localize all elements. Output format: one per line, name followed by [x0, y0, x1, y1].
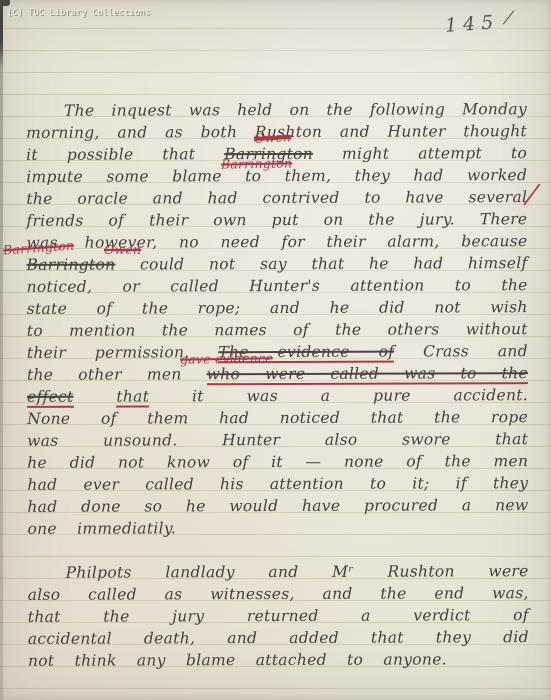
manuscript-line: had ever called his attention to it; if … — [27, 472, 528, 496]
red-correction-owen: Owen — [254, 129, 292, 146]
manuscript-line: had done so he would have procured a new — [27, 494, 528, 518]
text-segment: it was a pure accident. — [192, 386, 528, 405]
text-segment: could not say that he had himself — [140, 254, 528, 273]
text-segment: one immediatily. — [27, 519, 176, 538]
manuscript-line: to mention the names of the others witho… — [27, 318, 528, 342]
manuscript-line: Barrington could not say that he had him… — [27, 252, 528, 276]
paragraph: Philpots landlady and Mʳ Rushton wereals… — [28, 560, 529, 672]
text-segment: that the jury returned a verdict of — [28, 606, 529, 626]
page-number: 145 — [444, 11, 500, 37]
text-segment: also called as witnesses, and the end wa… — [28, 584, 529, 604]
text-segment: state of the rope; and he did not wish — [27, 298, 528, 318]
manuscript-line: effect that it was a pure accident. — [27, 384, 528, 408]
manuscript-line: noticed, or called Hunter's attention to… — [27, 274, 528, 298]
manuscript-line: was unsound. Hunter also swore that — [27, 428, 528, 452]
manuscript-line: the other men who were called was to the — [27, 362, 528, 386]
manuscript-line: one immediatily. — [27, 516, 528, 540]
text-segment: was, however, no need for their alarm, b… — [26, 232, 527, 252]
text-segment: it possible that — [26, 145, 195, 164]
manuscript-line: None of them had noticed that the rope — [27, 406, 528, 430]
red-correction-owen: Owen — [104, 242, 141, 257]
manuscript-line: also called as witnesses, and the end wa… — [28, 582, 529, 606]
text-segment: noticed, or called Hunter's attention to… — [27, 276, 528, 296]
manuscript-line: that the jury returned a verdict of — [28, 604, 529, 628]
text-segment: had ever called his attention to it; if … — [27, 474, 528, 494]
manuscript-page: (C) TUC Library Collections 145 / The in… — [0, 0, 551, 700]
text-segment: he did not know of it — none of the men — [27, 452, 528, 472]
text-segment: not think any blame attached to anyone. — [28, 650, 447, 669]
text-segment: the oracle and had contrived to have sev… — [26, 188, 527, 208]
text-segment: friends of their own put on the jury. Th… — [26, 210, 527, 230]
page-number-flourish: / — [503, 7, 514, 30]
manuscript-line: he did not know of it — none of the men — [27, 450, 528, 474]
manuscript-line: Philpots landlady and Mʳ Rushton were — [28, 560, 529, 584]
manuscript-line: accidental death, and added that they di… — [28, 626, 529, 650]
text-segment: None of them had noticed that the rope — [27, 408, 528, 428]
text-segment: accidental death, and added that they di… — [28, 628, 529, 648]
manuscript-line: friends of their own put on the jury. Th… — [26, 208, 527, 232]
manuscript-line: The inquest was held on the following Mo… — [26, 98, 527, 122]
struck-phrase: who were called was to the — [207, 364, 528, 385]
text-segment: was unsound. Hunter also swore that — [27, 430, 528, 450]
manuscript-line: not think any blame attached to anyone. — [28, 648, 529, 672]
manuscript-line: the oracle and had contrived to have sev… — [26, 186, 527, 210]
library-watermark: (C) TUC Library Collections — [7, 8, 151, 18]
red-insert-gave-evidence: gave evidence — [180, 350, 273, 367]
scan-edge-shadow — [0, 0, 3, 700]
manuscript-line: their permission. The evidence of Crass … — [27, 340, 528, 364]
text-segment: to mention the names of the others witho… — [27, 320, 528, 340]
corner-artifact — [0, 0, 10, 6]
text-segment: the other men — [27, 365, 182, 384]
text-block: The inquest was held on the following Mo… — [26, 98, 529, 694]
manuscript-line: state of the rope; and he did not wish — [27, 296, 528, 320]
text-segment: Crass and — [423, 342, 528, 360]
manuscript-line: was, however, no need for their alarm, b… — [26, 230, 527, 254]
red-correction-barrington: Barrington — [221, 155, 293, 171]
struck-word-barrington: Barrington — [27, 256, 116, 274]
text-segment: had done so he would have procured a new — [27, 496, 528, 516]
struck-word: effect — [27, 388, 74, 408]
text-segment: Philpots landlady and Mʳ Rushton were — [66, 562, 529, 582]
text-segment: their permission. — [27, 343, 190, 362]
text-segment: The inquest was held on the following Mo… — [64, 100, 527, 120]
red-underlined-word: that — [116, 387, 149, 407]
text-segment: might attempt to — [342, 144, 527, 163]
